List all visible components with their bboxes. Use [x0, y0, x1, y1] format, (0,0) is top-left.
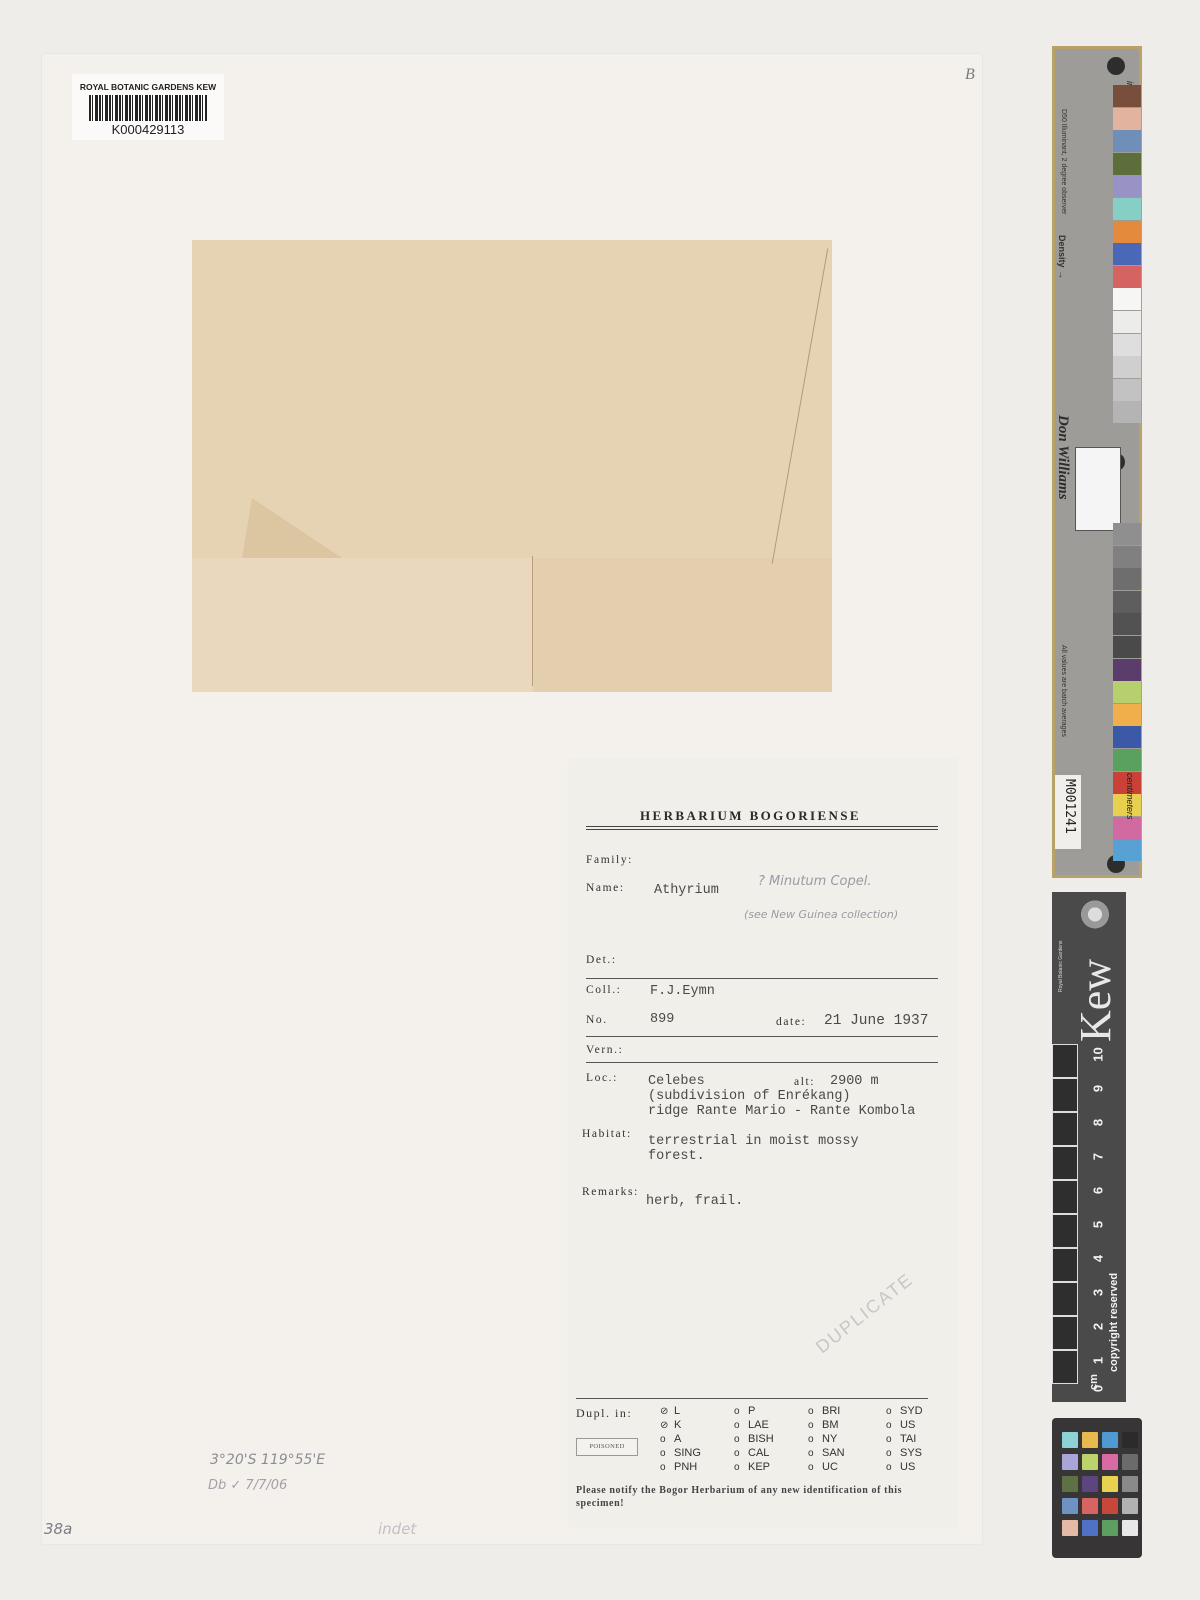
dupl-item: oA	[660, 1432, 734, 1446]
color-swatch	[1113, 817, 1141, 839]
color-swatch	[1062, 1476, 1078, 1492]
color-swatch	[1113, 704, 1141, 726]
title-rule	[586, 826, 938, 830]
dupl-item: oSYS	[886, 1446, 946, 1460]
ruler-numbers: 10 9 8 7 6 5 4 3 2 1 0	[1088, 1047, 1108, 1397]
color-calibration-target: inches D50 Illuminant, 2 degree observer…	[1052, 46, 1142, 878]
dupl-item: oUC	[808, 1460, 886, 1474]
color-swatch	[1113, 591, 1141, 613]
circle-icon: o	[734, 1419, 748, 1433]
envelope-flap-right	[534, 558, 832, 692]
barcode-icon	[89, 95, 207, 121]
color-swatch	[1062, 1432, 1078, 1448]
color-swatch	[1113, 198, 1141, 220]
coll-label: Coll.:	[586, 984, 621, 996]
envelope-crease	[532, 556, 533, 686]
color-swatch	[1113, 130, 1141, 152]
illuminant-text: D50 Illuminant, 2 degree observer	[1060, 109, 1067, 214]
kew-wordmark: Kew	[1070, 959, 1121, 1042]
habitat-label: Habitat:	[582, 1128, 632, 1140]
dupl-item-K: ⊘K	[660, 1418, 734, 1432]
color-swatch	[1102, 1498, 1118, 1514]
color-swatch	[1082, 1476, 1098, 1492]
copyright-text: copyright reserved	[1108, 1273, 1120, 1372]
date-label: date:	[776, 1016, 806, 1028]
circle-icon: o	[808, 1433, 822, 1447]
vern-label: Vern.:	[586, 1044, 623, 1056]
loc-line-2: (subdivision of Enrékang)	[648, 1089, 851, 1104]
color-swatch	[1102, 1432, 1118, 1448]
date-value: 21 June 1937	[824, 1014, 928, 1029]
no-label: No.	[586, 1014, 608, 1026]
color-swatch	[1113, 546, 1141, 568]
circle-icon: o	[886, 1433, 900, 1447]
dupl-item: oSAN	[808, 1446, 886, 1460]
circle-icon: o	[660, 1433, 674, 1447]
averages-text: All values are batch averages	[1060, 645, 1067, 737]
color-swatch	[1122, 1476, 1138, 1492]
checked-icon: ⊘	[660, 1405, 674, 1419]
specimen-envelope[interactable]	[192, 240, 832, 692]
target-code: M001241	[1055, 775, 1081, 849]
color-swatch	[1113, 85, 1141, 107]
kew-subtitle: Royal Botanic Gardens	[1058, 941, 1064, 992]
checked-icon: ⊘	[660, 1419, 674, 1433]
dupl-item: oTAI	[886, 1432, 946, 1446]
herbarium-label: HERBARIUM BOGORIENSE Family: Name: Athyr…	[568, 758, 958, 1528]
dupl-item: oLAE	[734, 1418, 808, 1432]
barcode-label: ROYAL BOTANIC GARDENS KEW K000429113	[72, 74, 224, 140]
color-swatch	[1113, 153, 1141, 175]
color-swatch	[1113, 523, 1141, 545]
no-rule	[586, 1036, 938, 1037]
color-swatch	[1102, 1476, 1118, 1492]
circle-icon: o	[734, 1433, 748, 1447]
handwritten-coordinates: 3°20'S 119°55'E	[210, 1452, 325, 1468]
dupl-item: oUS	[886, 1460, 946, 1474]
kew-crest-icon	[1080, 900, 1110, 932]
color-swatch	[1062, 1454, 1078, 1470]
circle-icon: o	[660, 1461, 674, 1475]
dupl-item: oBRI	[808, 1404, 886, 1418]
circle-icon: o	[886, 1461, 900, 1475]
color-swatch	[1113, 613, 1141, 635]
color-swatch	[1113, 379, 1141, 401]
handwritten-det-note: Db ✓ 7/7/06	[208, 1478, 287, 1493]
circle-icon: o	[734, 1461, 748, 1475]
mini-color-chart	[1052, 1418, 1142, 1558]
color-swatch	[1113, 175, 1141, 197]
color-swatch	[1113, 311, 1141, 333]
circle-icon: o	[886, 1405, 900, 1419]
no-value: 899	[650, 1012, 674, 1027]
sheet-number: 38a	[44, 1520, 72, 1538]
color-swatch	[1082, 1498, 1098, 1514]
name-annotation: ? Minutum Copel.	[758, 874, 872, 889]
indet-note: indet	[378, 1520, 416, 1538]
color-swatch	[1113, 334, 1141, 356]
resolution-inset	[1075, 447, 1121, 531]
name-value: Athyrium	[654, 883, 719, 898]
color-swatch	[1113, 266, 1141, 288]
color-swatch	[1113, 681, 1141, 703]
duplicates-grid: ⊘L oP oBRI oSYD ⊘K oLAE oBM oUS oA oBISH…	[660, 1404, 946, 1474]
alt-value: 2900 m	[830, 1074, 879, 1089]
dupl-item: oSYD	[886, 1404, 946, 1418]
density-label: Density →	[1057, 235, 1067, 279]
dupl-item: oBISH	[734, 1432, 808, 1446]
duplicate-stamp: DUPLICATE	[812, 1269, 918, 1358]
dupl-item: oKEP	[734, 1460, 808, 1474]
alt-label: alt:	[794, 1076, 815, 1088]
name-annotation-2: (see New Guinea collection)	[744, 908, 898, 921]
envelope-flap-left	[192, 558, 532, 692]
color-swatch	[1113, 243, 1141, 265]
circle-icon: o	[808, 1405, 822, 1419]
circle-icon: o	[886, 1419, 900, 1433]
dupl-rule	[576, 1398, 928, 1399]
dupl-item: oCAL	[734, 1446, 808, 1460]
habitat-value: terrestrial in moist mossy forest.	[648, 1134, 859, 1164]
loc-value: Celebes	[648, 1074, 705, 1089]
family-label: Family:	[586, 854, 633, 866]
barcode-number: K000429113	[72, 122, 224, 137]
color-swatch	[1113, 659, 1141, 681]
dupl-item: oPNH	[660, 1460, 734, 1474]
color-swatch	[1102, 1520, 1118, 1536]
loc-line-3: ridge Rante Mario - Rante Kombola	[648, 1104, 915, 1119]
color-swatches	[1113, 85, 1141, 424]
remarks-value: herb, frail.	[646, 1194, 743, 1209]
color-swatch	[1082, 1520, 1098, 1536]
centimeters-label: centimeters	[1125, 773, 1135, 820]
poisoned-badge: POISONED	[576, 1438, 638, 1456]
color-swatch	[1082, 1454, 1098, 1470]
corner-mark: B	[965, 66, 975, 84]
color-swatch	[1062, 1520, 1078, 1536]
color-swatch	[1122, 1498, 1138, 1514]
label-title: HERBARIUM BOGORIENSE	[640, 808, 861, 824]
dupl-item: oNY	[808, 1432, 886, 1446]
ruler-ticks	[1052, 1044, 1082, 1394]
color-swatch	[1122, 1520, 1138, 1536]
color-swatch	[1113, 749, 1141, 771]
circle-icon: o	[808, 1447, 822, 1461]
institution-name: ROYAL BOTANIC GARDENS KEW	[72, 82, 224, 92]
color-swatch	[1113, 221, 1141, 243]
notify-text: Please notify the Bogor Herbarium of any…	[576, 1484, 936, 1510]
envelope-edge	[772, 248, 829, 563]
color-swatch	[1113, 288, 1141, 310]
color-swatch	[1113, 401, 1141, 423]
mini-swatch-grid	[1062, 1432, 1138, 1536]
color-swatch	[1113, 356, 1141, 378]
circle-icon: o	[660, 1447, 674, 1461]
color-swatch	[1062, 1498, 1078, 1514]
envelope-fold	[242, 498, 342, 558]
dupl-item: oBM	[808, 1418, 886, 1432]
brand-name: Don Williams	[1054, 415, 1071, 500]
dupl-item: oUS	[886, 1418, 946, 1432]
circle-icon: o	[734, 1405, 748, 1419]
det-rule	[586, 978, 938, 979]
remarks-label: Remarks:	[582, 1186, 639, 1198]
det-label: Det.:	[586, 954, 617, 966]
dupl-item-L: ⊘L	[660, 1404, 734, 1418]
vern-rule	[586, 1062, 938, 1063]
color-swatch	[1122, 1432, 1138, 1448]
color-swatch	[1102, 1454, 1118, 1470]
name-label: Name:	[586, 882, 625, 894]
punch-hole-icon	[1107, 57, 1125, 75]
color-swatch	[1113, 568, 1141, 590]
kew-scale-ruler: Royal Botanic Gardens Kew 10 9 8 7 6 5 4…	[1052, 892, 1126, 1402]
color-swatch	[1113, 839, 1141, 861]
circle-icon: o	[808, 1461, 822, 1475]
color-swatch	[1113, 108, 1141, 130]
color-swatch	[1113, 726, 1141, 748]
coll-value: F.J.Eymn	[650, 984, 715, 999]
circle-icon: o	[734, 1447, 748, 1461]
loc-label: Loc.:	[586, 1072, 618, 1084]
dupl-item: oSING	[660, 1446, 734, 1460]
color-swatch	[1082, 1432, 1098, 1448]
dupl-item: oP	[734, 1404, 808, 1418]
circle-icon: o	[808, 1419, 822, 1433]
color-swatch	[1122, 1454, 1138, 1470]
cm-label: cm	[1088, 1374, 1100, 1390]
dupl-label: Dupl. in:	[576, 1406, 632, 1421]
color-swatch	[1113, 636, 1141, 658]
circle-icon: o	[886, 1447, 900, 1461]
